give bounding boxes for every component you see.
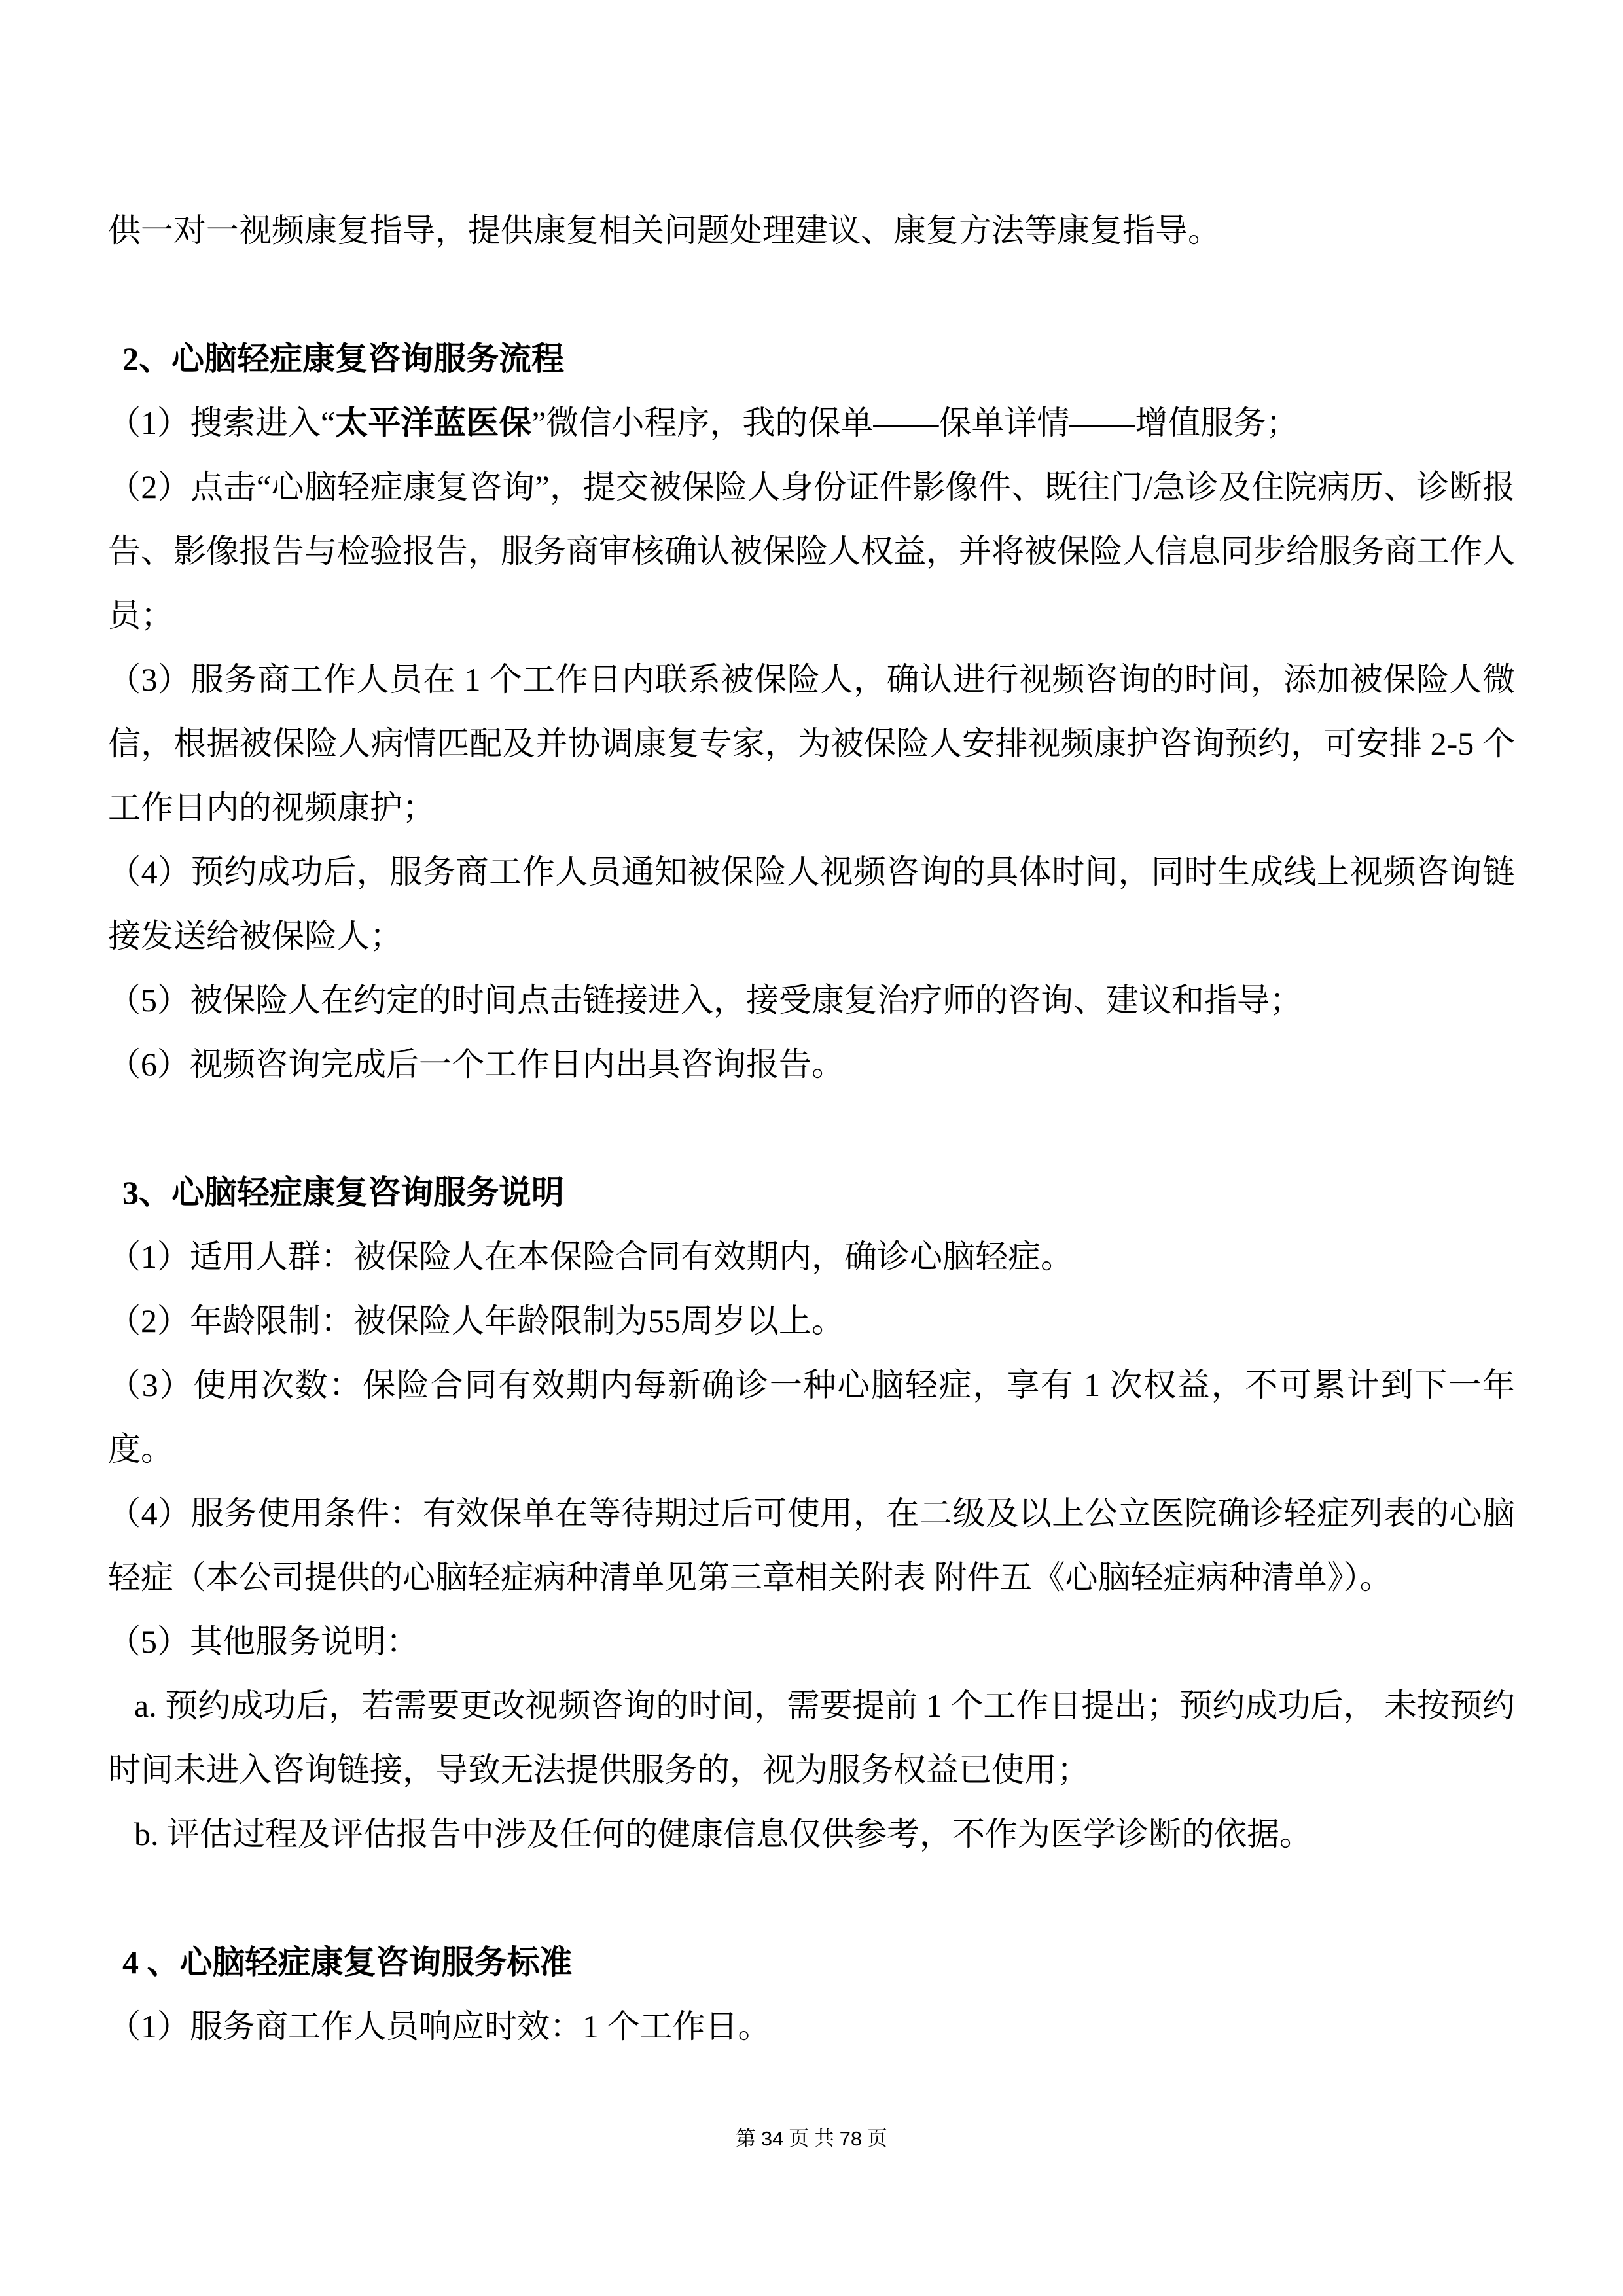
section-3-item-2: （2）年龄限制：被保险人年龄限制为55周岁以上。 [108, 1289, 1515, 1353]
section-2-item-1-suffix: ”微信小程序，我的保单——保单详情——增值服务； [531, 404, 1298, 441]
section-3-heading: 3、心脑轻症康复咨询服务说明 [108, 1160, 1515, 1225]
section-2-heading: 2、心脑轻症康复咨询服务流程 [108, 327, 1515, 391]
section-2-item-3: （3）服务商工作人员在 1 个工作日内联系被保险人，确认进行视频咨询的时间，添加… [108, 647, 1515, 840]
document-page: 供一对一视频康复指导，提供康复相关问题处理建议、康复方法等康复指导。 2、心脑轻… [0, 0, 1623, 2296]
footer-label-page: 第 [736, 2127, 761, 2150]
section-4-heading: 4 、心脑轻症康复咨询服务标准 [108, 1930, 1515, 1994]
footer-total-page-number: 78 [840, 2127, 862, 2150]
section-4-item-1: （1）服务商工作人员响应时效：1 个工作日。 [108, 1994, 1515, 2058]
page-footer: 第 34 页 共 78 页 [0, 2126, 1623, 2152]
section-2-item-1: （1）搜索进入“太平洋蓝医保”微信小程序，我的保单——保单详情——增值服务； [108, 391, 1515, 455]
intro-paragraph: 供一对一视频康复指导，提供康复相关问题处理建议、康复方法等康复指导。 [108, 198, 1515, 262]
section-3-item-3: （3）使用次数：保险合同有效期内每新确诊一种心脑轻症，享有 1 次权益，不可累计… [108, 1353, 1515, 1481]
section-3-item-5a: a. 预约成功后，若需要更改视频咨询的时间，需要提前 1 个工作日提出；预约成功… [108, 1674, 1515, 1802]
section-2-item-4: （4）预约成功后，服务商工作人员通知被保险人视频咨询的具体时间，同时生成线上视频… [108, 840, 1515, 968]
section-2-item-5: （5）被保险人在约定的时间点击链接进入，接受康复治疗师的咨询、建议和指导； [108, 968, 1515, 1032]
section-3-item-5b: b. 评估过程及评估报告中涉及任何的健康信息仅供参考，不作为医学诊断的依据。 [108, 1802, 1515, 1866]
section-3-item-5: （5）其他服务说明： [108, 1609, 1515, 1674]
footer-label-of: 页 共 [783, 2127, 839, 2150]
section-2-item-6: （6）视频咨询完成后一个工作日内出具咨询报告。 [108, 1032, 1515, 1096]
footer-current-page-number: 34 [761, 2127, 783, 2150]
section-2-item-1-prefix: （1）搜索进入“ [108, 404, 335, 441]
brand-name: 太平洋蓝医保 [335, 404, 531, 441]
document-content: 供一对一视频康复指导，提供康复相关问题处理建议、康复方法等康复指导。 2、心脑轻… [108, 198, 1515, 2058]
section-3-item-4: （4）服务使用条件：有效保单在等待期过后可使用，在二级及以上公立医院确诊轻症列表… [108, 1481, 1515, 1609]
footer-label-pages: 页 [862, 2127, 887, 2150]
section-2-item-2: （2）点击“心脑轻症康复咨询”，提交被保险人身份证件影像件、既往门/急诊及住院病… [108, 455, 1515, 647]
section-3-item-1: （1）适用人群：被保险人在本保险合同有效期内，确诊心脑轻症。 [108, 1225, 1515, 1289]
